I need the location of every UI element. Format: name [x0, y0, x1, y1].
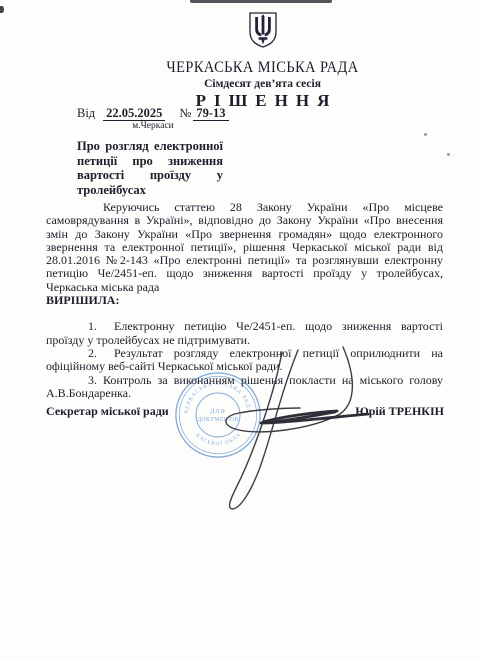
number-value: 79-13	[193, 106, 228, 121]
item-number: 1.	[88, 319, 97, 333]
resolution-item-2: 2.Результат розгляду електронної петиції…	[46, 347, 443, 374]
item-text: Електронну петицію Че/2451-еп. щодо зниж…	[46, 319, 443, 346]
organization-name: ЧЕРКАСЬКА МІСЬКА РАДА	[71, 59, 454, 77]
scan-artifact-dot	[447, 153, 450, 156]
preamble-paragraph: Керуючись статтею 28 Закону України «Про…	[46, 201, 443, 294]
item-number: 2.	[88, 346, 97, 360]
date-value: 22.05.2025	[103, 106, 165, 121]
signatory-position: Секретар міської ради	[46, 404, 169, 419]
date-label: Від	[77, 106, 95, 120]
signature-row: Секретар міської ради Юрій ТРЕНКІН	[46, 404, 444, 419]
document-header: ЧЕРКАСЬКА МІСЬКА РАДА Сімдесят дев’ята с…	[50, 12, 475, 111]
ukraine-trident-icon	[248, 12, 278, 48]
item-text: Результат розгляду електронної петиції о…	[46, 346, 443, 373]
signatory-name: Юрій ТРЕНКІН	[355, 404, 444, 419]
scanned-document-page: ЧЕРКАСЬКА МІСЬКА РАДА Сімдесят дев’ята с…	[0, 0, 480, 660]
resolution-list: 1.Електронну петицію Че/2451-еп. щодо зн…	[46, 320, 443, 400]
city-line: м.Черкаси	[118, 121, 188, 131]
document-title: Про розгляд електронної петиції про зниж…	[77, 139, 223, 197]
date-number-row: Від22.05.2025№79-13	[77, 106, 229, 121]
item-text: Контроль за виконанням рішення покласти …	[46, 373, 443, 400]
scan-artifact-dot	[424, 133, 427, 136]
number-sign: №	[179, 106, 191, 120]
scan-artifact-edge	[0, 6, 4, 13]
session-subtitle: Сімдесят дев’ята сесія	[50, 78, 475, 90]
scan-artifact-top	[190, 0, 332, 3]
resolution-item-1: 1.Електронну петицію Че/2451-еп. щодо зн…	[46, 320, 443, 347]
item-number: 3.	[88, 373, 97, 387]
resolution-item-3: 3.Контроль за виконанням рішення покласт…	[46, 374, 443, 401]
document-body: Керуючись статтею 28 Закону України «Про…	[46, 201, 443, 400]
resolved-label: ВИРІШИЛА:	[46, 294, 443, 307]
